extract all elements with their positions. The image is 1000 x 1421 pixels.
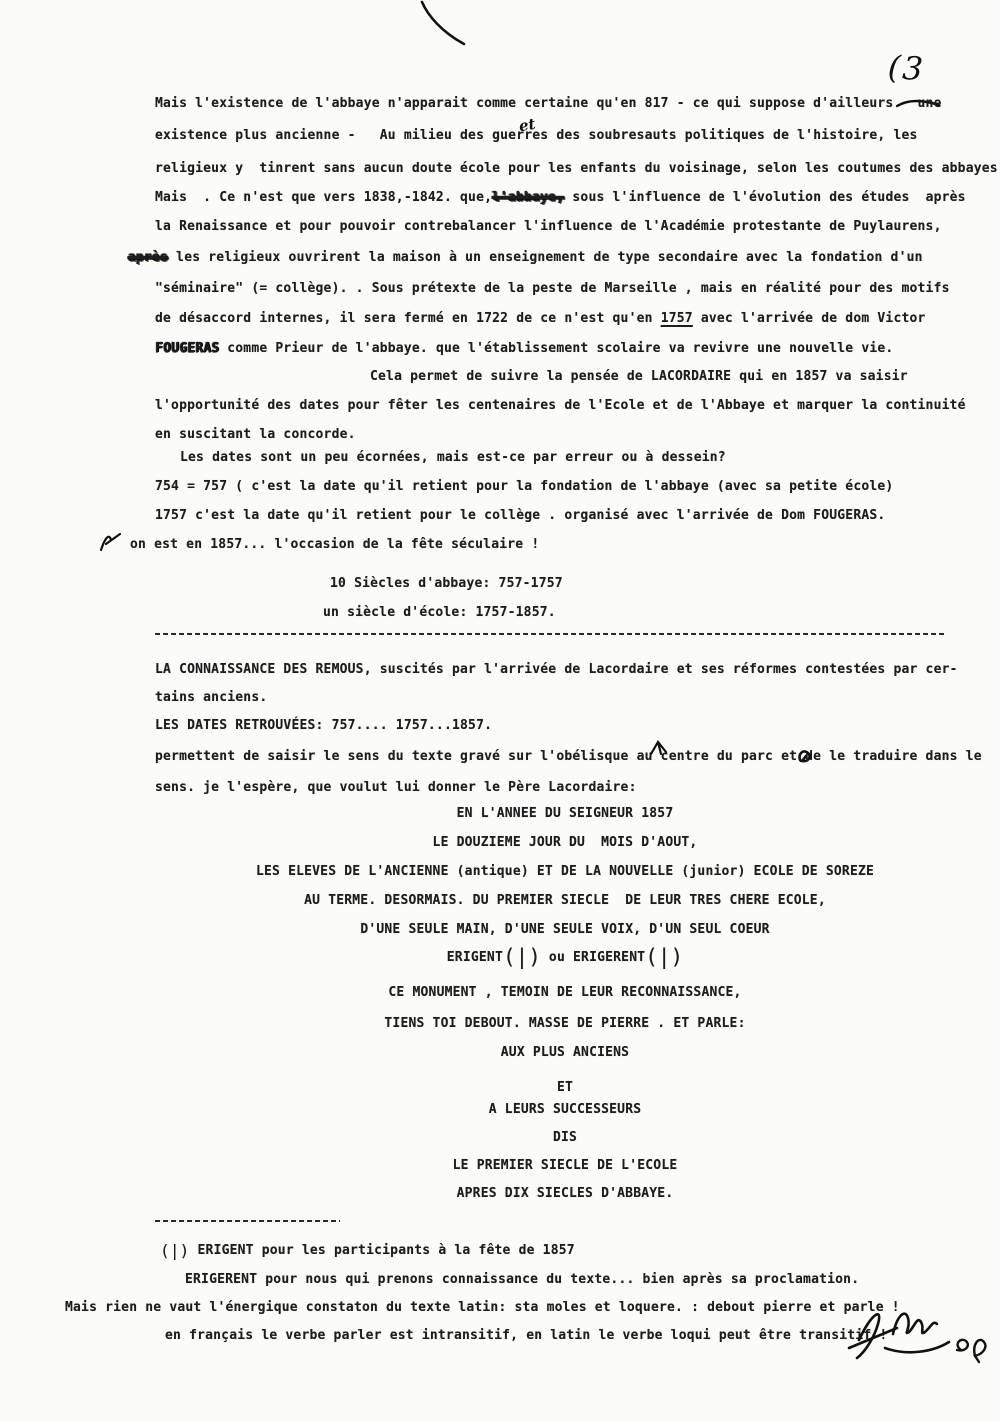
footnote-marker: (|) <box>503 945 541 969</box>
inscription-line: DIS <box>130 1130 1000 1145</box>
text-line: de désaccord internes, il sera fermé en … <box>155 311 926 326</box>
inscription-line: LES ELEVES DE L'ANCIENNE (antique) ET DE… <box>130 864 1000 879</box>
footnote-line: Mais rien ne vaut l'énergique constaton … <box>65 1300 900 1315</box>
handwritten-tick <box>98 530 124 554</box>
text-line: permettent de saisir le sens du texte gr… <box>155 749 982 764</box>
text-line: LES DATES RETROUVÉES: 757.... 1757...185… <box>155 718 492 733</box>
inscription-line: LE DOUZIEME JOUR DU MOIS D'AOUT, <box>130 835 1000 850</box>
underlined-date: 1757 <box>661 311 693 326</box>
footnote-line: en français le verbe parler est intransi… <box>165 1328 887 1343</box>
pen-stroke-mark <box>408 0 478 50</box>
footnote-line: ERIGERENT pour nous qui prenons connaiss… <box>185 1272 859 1287</box>
text-segment: avec l'arrivée de dom Victor <box>693 311 926 326</box>
text-segment: sous l'influence de l'évolution des étud… <box>564 190 965 205</box>
inserted-word: et <box>518 117 537 135</box>
text-line: 10 Siècles d'abbaye: 757-1757 <box>330 576 563 591</box>
text-line: "séminaire" (= collège). . Sous prétexte… <box>155 281 950 296</box>
struck-word: l'abbaye, <box>492 190 564 205</box>
inscription-line: AU TERME. DESORMAIS. DU PREMIER SIECLE D… <box>130 893 1000 908</box>
text-line: Mais . Ce n'est que vers 1838,-1842. que… <box>155 190 966 205</box>
handwritten-page-number: (3 <box>887 51 926 85</box>
text-line: 754 = 757 ( c'est la date qu'il retient … <box>155 479 893 494</box>
inscription-line: TIENS TOI DEBOUT. MASSE DE PIERRE . ET P… <box>130 1016 1000 1031</box>
text-line: la Renaissance et pour pouvoir contrebal… <box>155 219 942 234</box>
text-line: Cela permet de suivre la pensée de LACOR… <box>370 369 908 384</box>
text-segment: ou ERIGERENT <box>541 950 645 965</box>
inscription-line: AUX PLUS ANCIENS <box>130 1045 1000 1060</box>
scanned-page: (3 Mais l'existence de l'abbaye n'appara… <box>0 0 1000 1421</box>
text-segment: ERIGENT pour les participants à la fête … <box>190 1243 575 1258</box>
struck-word: après <box>128 250 168 265</box>
signature-mark <box>845 1292 995 1367</box>
footnote-marker: (|) <box>645 945 683 969</box>
text-segment: les religieux ouvrirent la maison à un e… <box>168 250 923 265</box>
text-line: sens. je l'espère, que voulut lui donner… <box>155 780 637 795</box>
inscription-line: D'UNE SEULE MAIN, D'UNE SEULE VOIX, D'UN… <box>130 922 1000 937</box>
text-segment: existence plus ancienne - Au milieu des … <box>155 128 548 143</box>
dashed-separator-long <box>155 633 945 635</box>
text-line: en suscitant la concorde. <box>155 427 356 442</box>
text-segment: ERIGENT <box>447 950 503 965</box>
inscription-line: EN L'ANNEE DU SEIGNEUR 1857 <box>130 806 1000 821</box>
inscription-line: APRES DIX SIECLES D'ABBAYE. <box>130 1186 1000 1201</box>
footnote-line: (|) ERIGENT pour les participants à la f… <box>160 1243 575 1258</box>
text-line: tains anciens. <box>155 690 267 705</box>
dashed-separator-short <box>155 1220 340 1222</box>
inscription-line: ERIGENT(|) ou ERIGERENT(|) <box>130 950 1000 965</box>
text-segment: des soubresauts politiques de l'histoire… <box>548 128 917 143</box>
text-line: un siècle d'école: 1757-1857. <box>323 605 556 620</box>
correction-blob <box>796 748 814 764</box>
text-line: FOUGERAS comme Prieur de l'abbaye. que l… <box>155 341 893 356</box>
text-line: l'opportunité des dates pour fêter les c… <box>155 398 966 413</box>
text-line: on est en 1857... l'occasion de la fête … <box>130 537 539 552</box>
inscription-line: ET <box>130 1080 1000 1095</box>
text-line: 1757 c'est la date qu'il retient pour le… <box>155 508 885 523</box>
inscription-line: LE PREMIER SIECLE DE L'ECOLE <box>130 1158 1000 1173</box>
correction-caret <box>648 740 670 756</box>
text-line: religieux y tinrent sans aucun doute éco… <box>155 161 1000 176</box>
text-segment: de désaccord internes, il sera fermé en … <box>155 311 661 326</box>
inscription-line: CE MONUMENT , TEMOIN DE LEUR RECONNAISSA… <box>130 985 1000 1000</box>
text-segment: comme Prieur de l'abbaye. que l'établiss… <box>219 341 893 356</box>
footnote-marker: (|) <box>160 1241 190 1260</box>
text-line: après les religieux ouvrirent la maison … <box>128 250 923 265</box>
overstruck-name: FOUGERAS <box>155 341 219 356</box>
text-segment: Mais . Ce n'est que vers 1838,-1842. que… <box>155 190 492 205</box>
text-line: Les dates sont un peu écornées, mais est… <box>180 450 726 465</box>
text-line: Mais l'existence de l'abbaye n'apparait … <box>155 96 942 111</box>
text-line: LA CONNAISSANCE DES REMOUS, suscités par… <box>155 662 958 677</box>
inscription-line: A LEURS SUCCESSEURS <box>130 1102 1000 1117</box>
